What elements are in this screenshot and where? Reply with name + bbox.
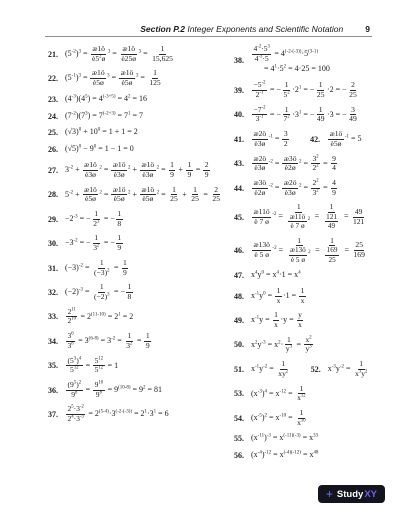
- problem-number: 55.: [234, 434, 251, 443]
- fraction: 19: [169, 161, 176, 179]
- math-expression: (5-2)3 = æ1öè52ø3 = æ1öè25ø3 = 115,625: [65, 45, 175, 63]
- exponent: 10: [301, 418, 306, 423]
- plus-icon: +: [326, 488, 333, 500]
- exponent: 8: [100, 390, 102, 395]
- exponent: -12: [264, 451, 271, 456]
- right-column: 38.4-2·534-3·5 = 4(-2-(-3))·5(3-1)= 41·5…: [234, 45, 398, 467]
- problem-49: 49.x-1y = 1x·y = yx: [234, 311, 304, 329]
- exponent: 2: [157, 165, 159, 170]
- fraction: æ1öè3ø: [140, 161, 156, 179]
- math-expression: (√5)0 − 90 = 1 − 1 = 0: [65, 144, 134, 155]
- problem-row: 25.(√3)0 + 100 = 1 + 1 = 2: [48, 127, 234, 138]
- math-line: (53)4512 = 512512 = 1: [65, 357, 118, 375]
- problem-row: 51.x-1y-2 = 1xy252.x-3y-2 = 1x3y2: [234, 360, 398, 378]
- fraction: 2232: [311, 179, 320, 197]
- problem-row: 26.(√5)0 − 90 = 1 − 1 = 0: [48, 144, 234, 155]
- problem-45: 45.æ11öè 7 ø-2 = 1æ11öè 7 ø2 = 112149 = …: [234, 203, 367, 230]
- fraction: 132: [125, 332, 134, 350]
- exponent: 3: [74, 356, 76, 361]
- fraction: 1æ13öè 5 ø2: [286, 237, 312, 264]
- problem-row: 22.(5-1)3 = æ1öè5ø3 = æ1öè5ø3 = 1125: [48, 69, 234, 87]
- fraction: æ1öè3ø: [83, 161, 99, 179]
- fraction: 1x12: [296, 385, 308, 403]
- problem-number: 47.: [234, 271, 251, 280]
- math-line: (−2)-3 = 1(−2)3 = −18: [65, 283, 134, 301]
- problem-number: 49.: [234, 316, 251, 325]
- problem-row: 37.25·3-224·3-3 = 2(5-4)·3(-2-(-3)) = 21…: [48, 405, 234, 423]
- problem-number: 26.: [48, 145, 65, 154]
- exponent: 3: [78, 49, 80, 54]
- problem-row: 36.(95)298 = 91098 = 9(10-8) = 92 = 81: [48, 381, 234, 399]
- fraction: æ3öè2ø: [282, 155, 298, 173]
- fraction: −7-23-1: [252, 106, 267, 124]
- problem-number: 39.: [234, 86, 251, 95]
- problem-number: 36.: [48, 386, 65, 395]
- problem-32: 32.(−2)-3 = 1(−2)3 = −18: [48, 283, 134, 301]
- problem-28: 28.5-2 + æ1öè5ø2 = æ1öè5ø2 + æ1öè5ø2 = 1…: [48, 186, 222, 204]
- math-line: −7-23-1 = −172·31 = −149·3 = −349: [251, 106, 359, 124]
- problem-number: 44.: [234, 184, 251, 193]
- exponent: 2: [157, 190, 159, 195]
- math-expression: (x-11)-3 = x(-11)(-3) = x33: [251, 433, 318, 444]
- exponent: -11: [258, 434, 264, 439]
- math-expression: æ3öè2ø-2 = æ2öè3ø2 = 2232 = 49: [251, 179, 338, 197]
- fraction: 49: [331, 179, 338, 197]
- math-expression: æ2öè3ø-2 = æ3öè2ø2 = 3222 = 94: [251, 155, 338, 173]
- math-expression: æ1öè5ø-1 = 5: [327, 130, 361, 148]
- problem-33: 33.211210 = 2(11-10) = 21 = 2: [48, 308, 133, 326]
- fraction: æ13öè 5 ø: [252, 241, 271, 259]
- fraction: 19: [186, 161, 193, 179]
- problem-54: 54.(x-5)2 = x-10 = 1x10: [234, 409, 308, 427]
- fraction: æ1öè25ø: [120, 45, 138, 63]
- exponent: 2: [99, 190, 101, 195]
- fraction: 1(−2)3: [93, 283, 112, 301]
- section-label: Section P.2: [140, 24, 185, 34]
- math-expression: x-1y = 1x·y = yx: [251, 311, 304, 329]
- exponent: 2: [128, 190, 130, 195]
- fraction: æ2öè3ø: [252, 130, 268, 148]
- math-expression: (−2)-3 = 1(−2)3 = −18: [65, 283, 134, 301]
- exponent: 10: [71, 317, 76, 322]
- exponent: 33: [313, 434, 318, 439]
- fraction: 3638: [66, 332, 75, 350]
- math-line: 211210 = 2(11-10) = 21 = 2: [65, 308, 133, 326]
- fraction: 1(−3)2: [93, 259, 112, 277]
- problem-number: 40.: [234, 110, 251, 119]
- exponent: -2: [262, 105, 266, 110]
- fraction: 25·3-224·3-3: [66, 405, 85, 423]
- exponent: (-3+5): [103, 94, 116, 99]
- math-line: (x-4)-12 = x(-4)(-12) = x48: [251, 450, 318, 461]
- exponent: 12: [301, 394, 306, 399]
- exponent: (11-10): [91, 312, 106, 317]
- math-expression: (53)4512 = 512512 = 1: [65, 357, 118, 375]
- exponent: 12: [74, 366, 79, 371]
- exponent: 3: [108, 49, 110, 54]
- problem-number: 31.: [48, 264, 65, 273]
- header-rule: [45, 36, 372, 37]
- exponent: -3: [258, 54, 262, 59]
- fraction: 112149: [322, 203, 341, 230]
- math-line: (x-5)2 = x-10 = 1x10: [251, 409, 308, 427]
- problem-row: 35.(53)4512 = 512512 = 1: [48, 357, 234, 375]
- exponent: -2: [79, 263, 83, 268]
- exponent: 6: [71, 332, 73, 337]
- exponent: 2: [299, 183, 301, 188]
- exponent: 2: [316, 164, 318, 169]
- math-expression: (x-3)4 = x-12 = 1x12: [251, 385, 308, 403]
- problem-number: 21.: [48, 50, 65, 59]
- fraction: 172: [282, 106, 291, 124]
- problem-number: 33.: [48, 312, 65, 321]
- exponent: -4: [258, 451, 262, 456]
- math-line: æ1öè5ø-1 = 5: [327, 130, 361, 148]
- problem-number: 45.: [234, 213, 251, 222]
- exponent: -1: [72, 74, 76, 79]
- exponent: 8: [71, 341, 73, 346]
- math-expression: x2y-3 = x2·1y3 = x2y3: [251, 336, 314, 354]
- exponent: -3: [72, 94, 76, 99]
- problem-row: 47.x4y0 = x4·1 = x4: [234, 270, 398, 281]
- exponent: -2: [72, 49, 76, 54]
- exponent: -10: [279, 413, 286, 418]
- fraction: 1x: [275, 287, 282, 305]
- fraction: 211210: [66, 308, 78, 326]
- exponent: 2: [287, 90, 289, 95]
- math-expression: 5-2 + æ1öè5ø2 = æ1öè5ø2 + æ1öè5ø2 = 125 …: [65, 186, 222, 204]
- math-line: (4-3)(45) = 4(-3+5) = 42 = 16: [65, 94, 147, 105]
- problem-row: 54.(x-5)2 = x-10 = 1x10: [234, 409, 398, 427]
- exponent: -1: [255, 316, 259, 321]
- problem-51: 51.x-1y-2 = 1xy2: [234, 360, 291, 378]
- problem-row: 41.æ2öè3ø-1 = 3242.æ1öè5ø-1 = 5: [234, 130, 398, 148]
- fraction: 19: [144, 332, 151, 350]
- problem-52: 52.x-3y-2 = 1x3y2: [311, 360, 370, 378]
- exponent: 5: [71, 405, 73, 410]
- math-expression: x-1y-2 = 1xy2: [251, 360, 291, 378]
- fraction: 1x10: [296, 409, 308, 427]
- exponent: 2: [130, 341, 132, 346]
- exponent: 1: [154, 410, 156, 415]
- exponent: -1: [255, 365, 259, 370]
- solutions-page: Section P.2 Integer Exponents and Scient…: [0, 0, 400, 518]
- exponent: 3: [359, 369, 361, 374]
- problem-46: 46.æ13öè 5 ø-2 = 1æ13öè 5 ø2 = 116925 = …: [234, 237, 367, 264]
- exponent: 2: [309, 335, 311, 340]
- math-line: x-1y0 = 1x·1 = 1x: [251, 287, 307, 305]
- math-line: x-1y-2 = 1xy2: [251, 360, 291, 378]
- fraction: æ1öè5ø: [90, 69, 106, 87]
- fraction: 1y3: [284, 336, 293, 354]
- exponent: 4: [276, 270, 278, 275]
- exponent: -2: [80, 405, 84, 410]
- math-line: x-1y = 1x·y = yx: [251, 311, 304, 329]
- exponent: 2: [278, 340, 280, 345]
- fraction: 115,625: [151, 45, 175, 63]
- exponent: -2: [69, 165, 73, 170]
- math-expression: x4y0 = x4·1 = x4: [251, 270, 301, 281]
- exponent: 3: [107, 74, 109, 79]
- problem-row: 23.(4-3)(45) = 4(-3+5) = 42 = 16: [48, 94, 234, 105]
- exponent: 2: [365, 369, 367, 374]
- fraction: 91098: [93, 381, 105, 399]
- exponent: -2: [269, 183, 273, 188]
- math-line: æ13öè 5 ø-2 = 1æ13öè 5 ø2 = 116925 = 251…: [251, 237, 367, 264]
- fraction: 1x: [299, 287, 306, 305]
- fraction: 3222: [311, 155, 320, 173]
- fraction: æ1öè3ø: [111, 161, 127, 179]
- exponent: -2: [72, 111, 76, 116]
- exponent: -1: [259, 115, 263, 120]
- problem-row: 48.x-1y0 = 1x·1 = 1x: [234, 287, 398, 305]
- problem-29: 29.−2-3 = −123 = −18: [48, 210, 124, 228]
- exponent: -5: [258, 413, 262, 418]
- problem-row: 50.x2y-3 = x2·1y3 = x2y3: [234, 336, 398, 354]
- exponent: 0: [79, 128, 81, 133]
- problem-34: 34.3638 = 3(6-8) = 3-2 = 132 = 19: [48, 332, 152, 350]
- fraction: 32: [282, 130, 289, 148]
- math-line: x2y-3 = x2·1y3 = x2y3: [251, 336, 314, 354]
- fraction: 349: [348, 106, 359, 124]
- problem-47: 47.x4y0 = x4·1 = x4: [234, 270, 301, 281]
- problem-53: 53.(x-3)4 = x-12 = 1x12: [234, 385, 308, 403]
- exponent: -2: [269, 159, 273, 164]
- problem-number: 48.: [234, 292, 251, 301]
- exponent: 2: [316, 178, 318, 183]
- studyxy-logo: + Study XY: [318, 485, 385, 503]
- exponent: 1: [118, 312, 120, 317]
- fraction: x2y3: [304, 336, 313, 354]
- problem-48: 48.x-1y0 = 1x·1 = 1x: [234, 287, 307, 305]
- exponent: -2: [340, 365, 344, 370]
- problem-row: 33.211210 = 2(11-10) = 21 = 2: [48, 308, 234, 326]
- exponent: 1: [128, 111, 130, 116]
- fraction: æ2öè3ø: [282, 179, 298, 197]
- problem-24: 24.(7-2)(73) = 7(-2+3) = 71 = 7: [48, 111, 143, 122]
- math-line: = 41·52 = 4·25 = 100: [251, 64, 330, 75]
- math-line: æ3öè2ø-2 = æ2öè3ø2 = 2232 = 49: [251, 179, 338, 197]
- exponent: -3: [79, 288, 83, 293]
- fraction: 132: [92, 234, 101, 252]
- problem-22: 22.(5-1)3 = æ1öè5ø3 = æ1öè5ø3 = 1125: [48, 69, 163, 87]
- exponent: 12: [98, 366, 103, 371]
- math-line: æ2öè3ø-1 = 32: [251, 130, 290, 148]
- math-expression: (5-1)3 = æ1öè5ø3 = æ1öè5ø3 = 1125: [65, 69, 163, 87]
- exponent: 0: [94, 145, 96, 150]
- exponent: 2: [128, 165, 130, 170]
- problem-21: 21.(5-2)3 = æ1öè52ø3 = æ1öè25ø3 = 115,62…: [48, 45, 175, 63]
- math-expression: æ13öè 5 ø-2 = 1æ13öè 5 ø2 = 116925 = 251…: [251, 237, 367, 264]
- problem-39: 39.−5-22-1 = −152·21 = −125·2 = −225: [234, 81, 359, 99]
- math-line: −2-3 = −123 = −18: [65, 210, 124, 228]
- math-line: 4-2·534-3·5 = 4(-2-(-3))·5(3-1): [251, 45, 330, 63]
- exponent: 10: [98, 380, 103, 385]
- exponent: (-2-(-3)): [116, 410, 133, 415]
- problem-42: 42.æ1öè5ø-1 = 5: [310, 130, 361, 148]
- problem-number: 43.: [234, 159, 251, 168]
- fraction: 225: [211, 186, 222, 204]
- math-expression: æ2öè3ø-1 = 32: [251, 130, 290, 148]
- problem-number: 38.: [234, 56, 251, 65]
- fraction: 49121: [351, 208, 365, 226]
- exponent: (10-8): [118, 385, 130, 390]
- fraction: æ2öè3ø: [252, 155, 268, 173]
- math-expression: 25·3-224·3-3 = 2(5-4)·3(-2-(-3)) = 21·31…: [65, 405, 169, 423]
- problem-number: 51.: [234, 365, 251, 374]
- fraction: 19: [116, 234, 123, 252]
- math-line: (√3)0 + 100 = 1 + 1 = 2: [65, 127, 138, 138]
- problem-44: 44.æ3öè2ø-2 = æ2öè3ø2 = 2232 = 49: [234, 179, 338, 197]
- problem-row: 21.(5-2)3 = æ1öè52ø3 = æ1öè25ø3 = 115,62…: [48, 45, 234, 63]
- exponent: 5: [85, 94, 87, 99]
- problem-number: 24.: [48, 112, 65, 121]
- math-expression: x-3y-2 = 1x3y2: [328, 360, 370, 378]
- problem-row: 45.æ11öè 7 ø-2 = 1æ11öè 7 ø2 = 112149 = …: [234, 203, 398, 230]
- exponent: -1: [255, 291, 259, 296]
- math-expression: x-1y0 = 1x·1 = 1x: [251, 287, 307, 305]
- fraction: æ11öè 7 ø: [252, 208, 271, 226]
- math-expression: 3-2 + æ1öè3ø2 = æ1öè3ø2 + æ1öè3ø2 = 19 +…: [65, 161, 211, 179]
- exponent: 2: [286, 369, 288, 374]
- problem-25: 25.(√3)0 + 100 = 1 + 1 = 2: [48, 127, 138, 138]
- fraction: 29: [203, 161, 210, 179]
- exponent: -2: [111, 337, 115, 342]
- fraction: 1x: [273, 311, 280, 329]
- fraction: 125: [315, 81, 326, 99]
- fraction: æ1öè5ø: [328, 130, 344, 148]
- fraction: 18: [126, 283, 133, 301]
- problem-number: 28.: [48, 190, 65, 199]
- fraction: yx: [297, 311, 304, 329]
- exponent: 4: [79, 356, 81, 361]
- fraction: æ1öè5ø: [83, 186, 99, 204]
- exponent: 11: [71, 307, 76, 312]
- math-line: æ2öè3ø-2 = æ3öè2ø2 = 3222 = 94: [251, 155, 338, 173]
- problem-number: 37.: [48, 410, 65, 419]
- math-line: (√5)0 − 90 = 1 − 1 = 0: [65, 144, 134, 155]
- exponent: 1: [299, 86, 301, 91]
- exponent: 2: [316, 154, 318, 159]
- exponent: 3: [97, 219, 99, 224]
- fraction: 125: [190, 186, 201, 204]
- exponent: 2: [255, 340, 257, 345]
- math-expression: (4-3)(45) = 4(-3+5) = 42 = 16: [65, 94, 147, 105]
- math-line: (x-3)4 = x-12 = 1x12: [251, 385, 308, 403]
- problem-27: 27.3-2 + æ1öè3ø2 = æ1öè3ø2 + æ1öè3ø2 = 1…: [48, 161, 211, 179]
- exponent: 2: [264, 413, 266, 418]
- fraction: 1125: [148, 69, 162, 87]
- exponent: 3: [309, 345, 311, 350]
- problem-number: 50.: [234, 340, 251, 349]
- math-line: (95)298 = 91098 = 9(10-8) = 92 = 81: [65, 381, 162, 399]
- fraction: 19: [122, 259, 129, 277]
- fraction: 1æ11öè 7 ø2: [286, 203, 312, 230]
- fraction: 116925: [323, 237, 342, 264]
- problem-26: 26.(√5)0 − 90 = 1 − 1 = 0: [48, 144, 134, 155]
- fraction: 149: [315, 106, 326, 124]
- fraction: æ11öè 7 ø: [288, 213, 306, 231]
- problem-37: 37.25·3-224·3-3 = 2(5-4)·3(-2-(-3)) = 21…: [48, 405, 169, 423]
- problem-55: 55.(x-11)-3 = x(-11)(-3) = x33: [234, 433, 318, 444]
- page-header: Section P.2 Integer Exponents and Scient…: [45, 24, 370, 34]
- fraction: 123: [92, 210, 101, 228]
- problem-row: 49.x-1y = 1x·y = yx: [234, 311, 398, 329]
- fraction: 1x3y2: [354, 360, 369, 378]
- problem-number: 29.: [48, 215, 65, 224]
- exponent: -2: [257, 44, 261, 49]
- exponent: 3: [78, 74, 80, 79]
- math-expression: æ11öè 7 ø-2 = 1æ11öè 7 ø2 = 112149 = 491…: [251, 203, 367, 230]
- exponent: -3: [261, 340, 265, 345]
- math-expression: (7-2)(73) = 7(-2+3) = 71 = 7: [65, 111, 143, 122]
- exponent: 3: [107, 292, 109, 297]
- problem-35: 35.(53)4512 = 512512 = 1: [48, 357, 118, 375]
- problem-row: 29.−2-3 = −123 = −18: [48, 210, 234, 228]
- exponent: 2: [107, 268, 109, 273]
- exponent: 1: [145, 410, 147, 415]
- math-line: (−3)-2 = 1(−3)2 = 19: [65, 259, 129, 277]
- fraction: æ13öè 5 ø: [289, 246, 308, 264]
- exponent: 2: [99, 54, 101, 59]
- problem-number: 27.: [48, 166, 65, 175]
- fraction: 4-2·534-3·5: [252, 45, 271, 63]
- fraction: æ1öè52ø: [90, 45, 106, 63]
- fraction: 512512: [93, 357, 105, 375]
- exponent: 2: [287, 115, 289, 120]
- exponent: (6-8): [89, 337, 99, 342]
- section-title: Integer Exponents and Scientific Notatio…: [185, 24, 343, 34]
- exponent: -12: [279, 389, 286, 394]
- fraction: 152: [282, 81, 291, 99]
- problem-number: 41.: [234, 135, 251, 144]
- fraction: 25169: [352, 241, 366, 259]
- math-line: −5-22-1 = −152·21 = −125·2 = −225: [251, 81, 359, 99]
- exponent: 0: [98, 128, 100, 133]
- problem-number: 22.: [48, 74, 65, 83]
- exponent: 3: [136, 74, 138, 79]
- problem-number: 32.: [48, 288, 65, 297]
- math-line: (x-11)-3 = x(-11)(-3) = x33: [251, 433, 318, 444]
- problem-row: 53.(x-3)4 = x-12 = 1x12: [234, 385, 398, 403]
- math-line: (5-2)3 = æ1öè52ø3 = æ1öè25ø3 = 115,625: [65, 45, 175, 63]
- exponent: 5: [74, 380, 76, 385]
- math-expression: −2-3 = −123 = −18: [65, 210, 124, 228]
- math-expression: −5-22-1 = −152·21 = −125·2 = −225: [251, 81, 359, 99]
- problem-row: 31.(−3)-2 = 1(−3)2 = 19: [48, 259, 234, 277]
- exponent: 3: [268, 44, 270, 49]
- exponent: 2: [284, 65, 286, 70]
- problem-number: 25.: [48, 128, 65, 137]
- problem-41: 41.æ2öè3ø-1 = 32: [234, 130, 290, 148]
- exponent: 4: [71, 415, 73, 420]
- math-line: (7-2)(73) = 7(-2+3) = 71 = 7: [65, 111, 143, 122]
- exponent: -3: [332, 365, 336, 370]
- problem-row: 43.æ2öè3ø-2 = æ3öè2ø2 = 3222 = 94: [234, 155, 398, 173]
- math-expression: (x-5)2 = x-10 = 1x10: [251, 409, 308, 427]
- problem-number: 30.: [48, 239, 65, 248]
- exponent: (-4)(-12): [284, 451, 301, 456]
- problem-row: 39.−5-22-1 = −152·21 = −125·2 = −225: [234, 81, 398, 99]
- exponent: 1: [299, 110, 301, 115]
- math-expression: (√3)0 + 100 = 1 + 1 = 2: [65, 127, 138, 138]
- exponent: 12: [98, 356, 103, 361]
- math-line: 3638 = 3(6-8) = 3-2 = 132 = 19: [65, 332, 152, 350]
- problem-30: 30.−3-2 = −132 = −19: [48, 234, 124, 252]
- problem-row: 46.æ13öè 5 ø-2 = 1æ13öè 5 ø2 = 116925 = …: [234, 237, 398, 264]
- fraction: 12149: [325, 213, 339, 231]
- fraction: 18: [116, 210, 123, 228]
